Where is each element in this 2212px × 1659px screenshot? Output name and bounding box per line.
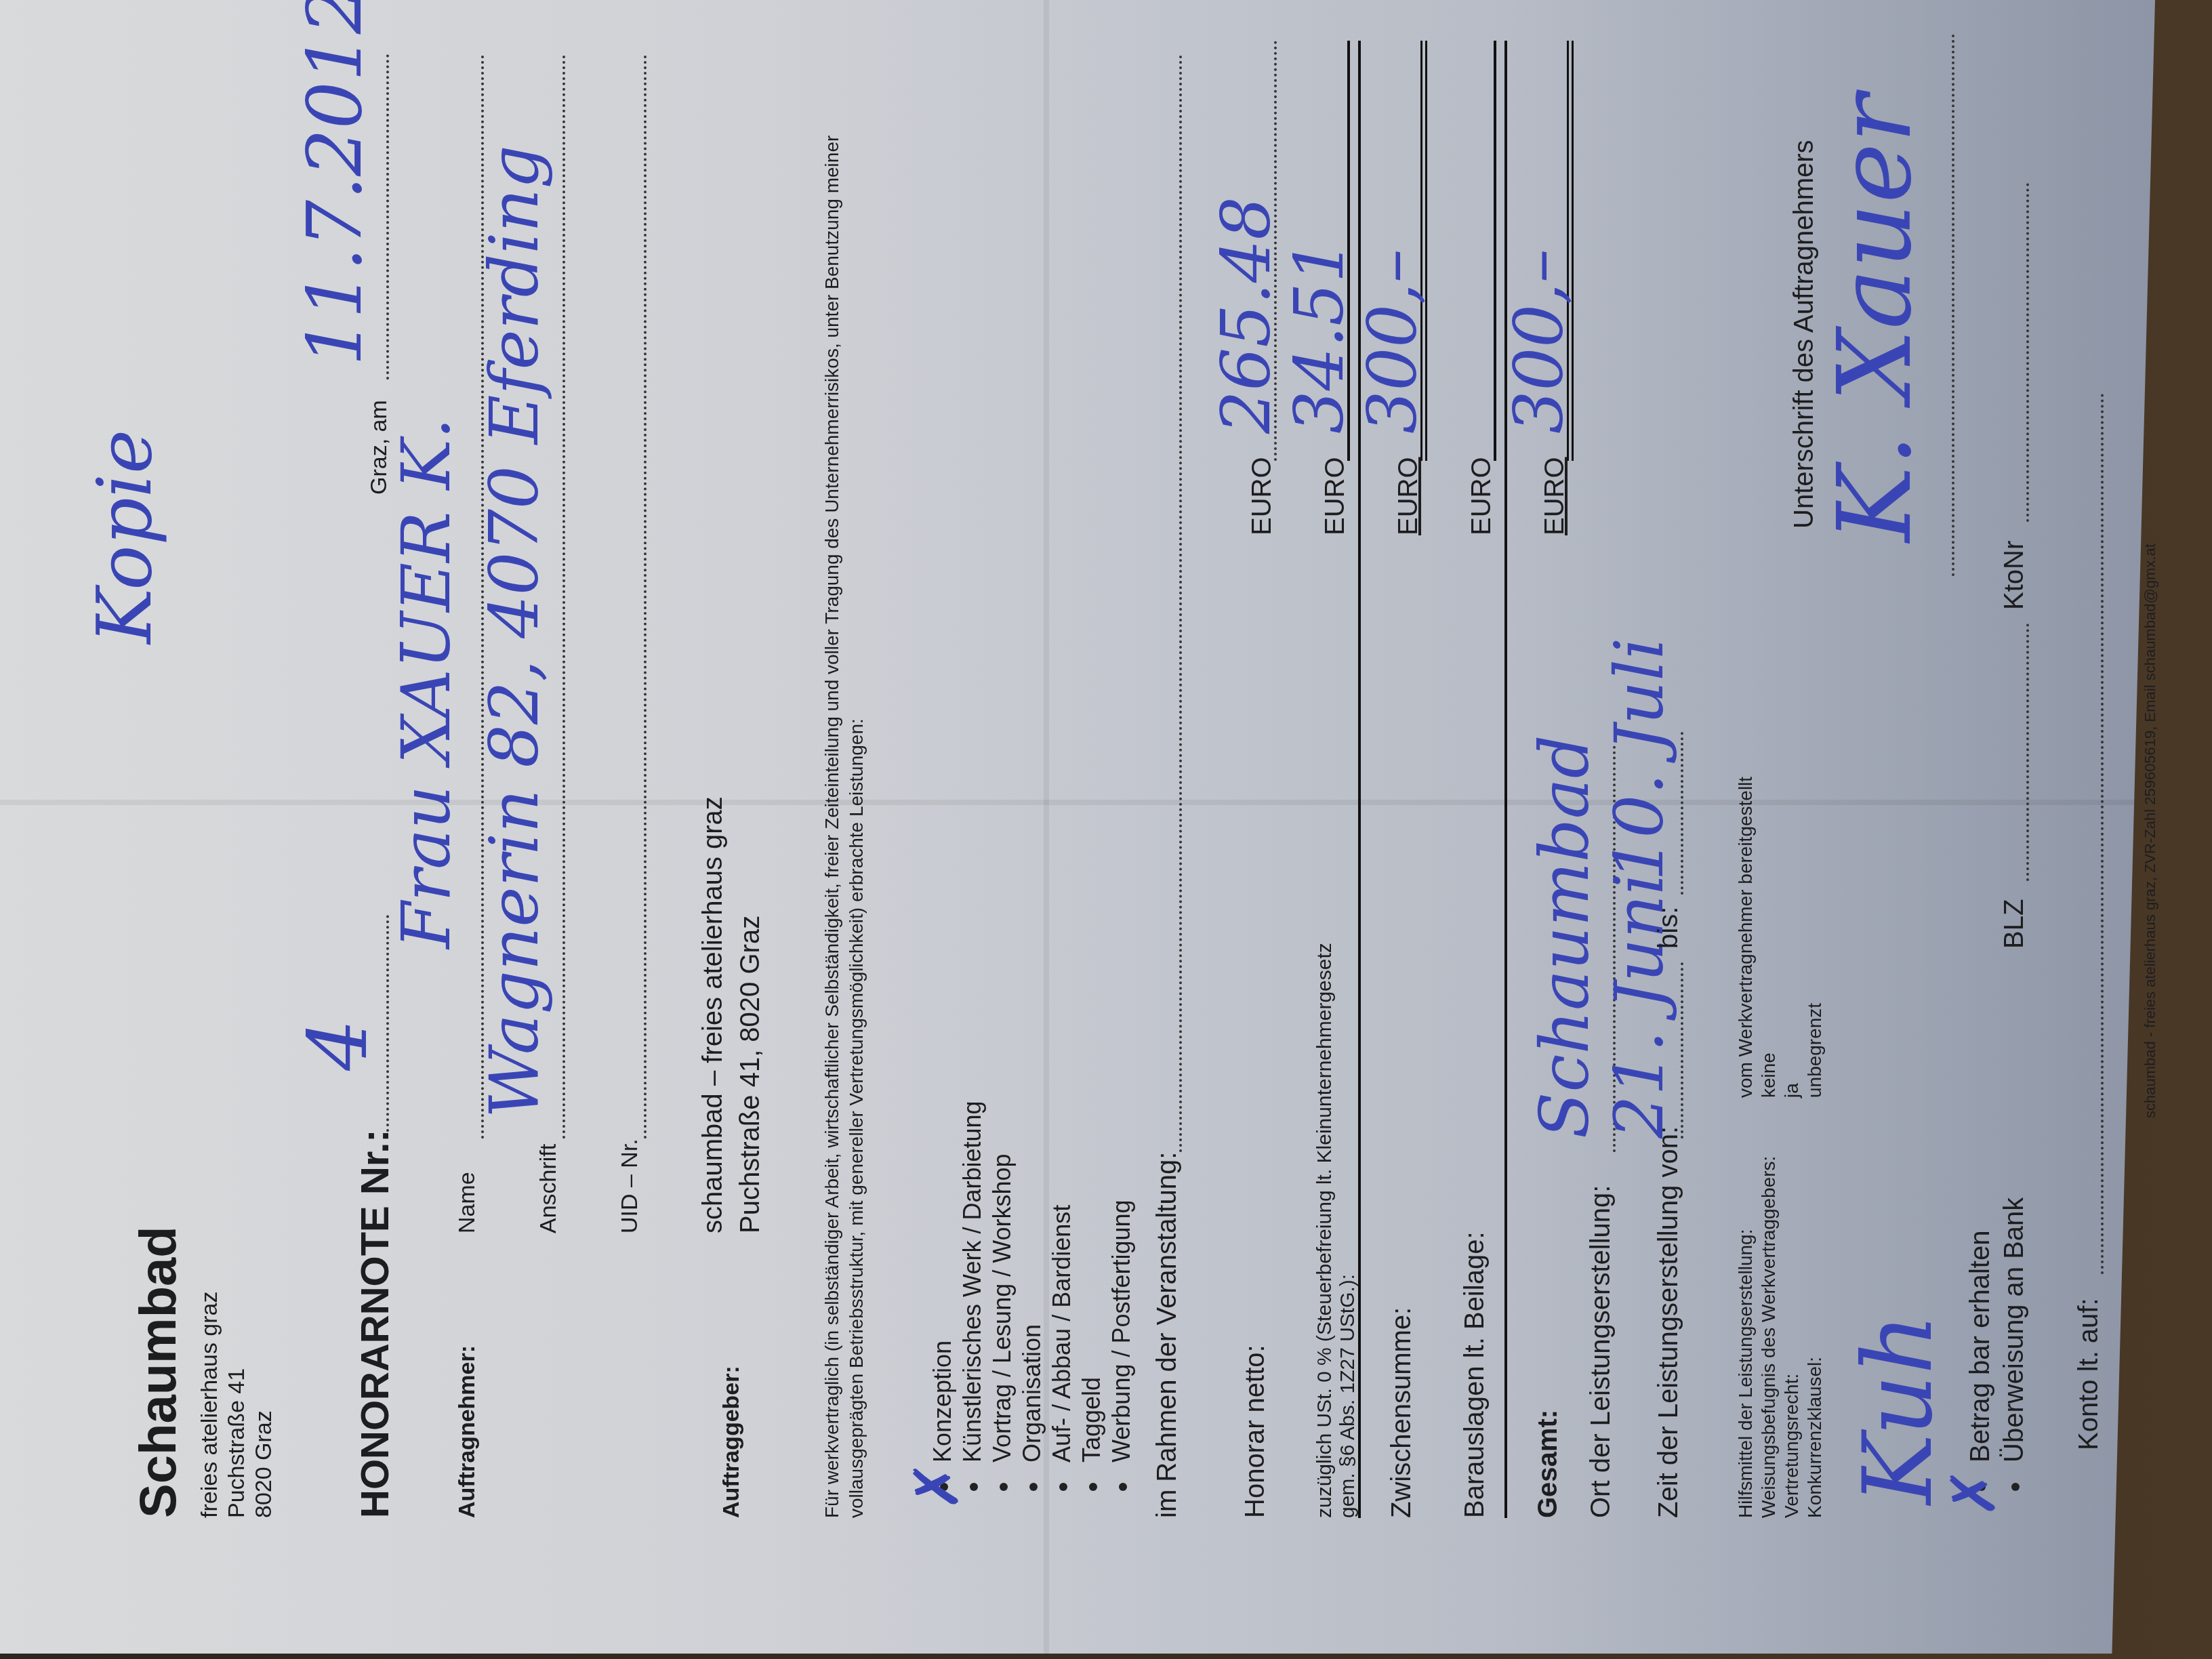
service-label: Taggeld [1078, 1377, 1105, 1462]
org-line: 8020 Graz [251, 1410, 277, 1518]
period-label: Zeit der Leistungserstellung von: [1654, 1126, 1684, 1518]
bullet-icon [1059, 1483, 1067, 1491]
blz-label: BLZ [1999, 899, 2030, 949]
term-value: ja [1781, 1083, 1803, 1098]
amount-row: Barauslagen lt. Beilage:EURO [1433, 27, 1506, 1518]
service-label: Künstlerisches Werk / Darbietung [958, 1101, 986, 1462]
service-item[interactable]: Organisation [1018, 1101, 1048, 1491]
amount-value[interactable]: 300,– [1353, 249, 1432, 434]
service-label: Auf- / Abbau / Bardienst [1048, 1205, 1076, 1462]
currency-label: EURO [1467, 457, 1497, 535]
services-list: ✗KonzeptionKünstlerisches Werk / Darbiet… [928, 1101, 1137, 1491]
amount-row: Honorar netto:EURO265.48 [1213, 27, 1286, 1518]
uid-line [644, 54, 647, 1139]
amount-label: Honorar netto: [1240, 1345, 1271, 1518]
bullet-icon [1029, 1483, 1038, 1491]
service-item[interactable]: ✗Konzeption [928, 1101, 958, 1491]
event-label: im Rahmen der Veranstaltung: [1152, 1152, 1183, 1518]
amount-label: Gesamt: [1533, 1410, 1563, 1518]
service-item[interactable]: Werbung / Postfertigung [1107, 1101, 1137, 1491]
kto-line [2026, 183, 2029, 522]
client-line: schaumbad – freies atelierhaus graz [698, 796, 729, 1233]
term-label: Konkurrenzklausel: [1804, 1139, 1826, 1518]
signature-value[interactable]: K. Xauer [1816, 94, 1934, 542]
service-label: Konzeption [928, 1340, 956, 1462]
service-item[interactable]: Auf- / Abbau / Bardienst [1048, 1101, 1078, 1491]
service-label: Vortrag / Lesung / Workshop [988, 1153, 1016, 1462]
period-to[interactable]: 10. Juli [1599, 638, 1679, 881]
name-label: Name [454, 1172, 480, 1233]
amount-value[interactable]: 34.51 [1279, 240, 1359, 434]
address-label: Anschrift [535, 1144, 562, 1233]
term-value: unbegrenzt [1804, 1003, 1826, 1098]
org-line: freies atelierhaus graz [197, 1291, 223, 1518]
payment-label: Betrag bar erhalten [1965, 1231, 1995, 1462]
payment-option[interactable]: ✗Betrag bar erhalten [1965, 1197, 1999, 1491]
payment-option[interactable]: Überweisung an Bank [1999, 1197, 2033, 1491]
signature-label: Unterschrift des Auftragnehmers [1789, 140, 1820, 529]
currency-label: EURO [1247, 457, 1277, 535]
signature-line [1952, 34, 1954, 576]
amount-value[interactable]: 265.48 [1206, 197, 1286, 434]
amount-row: zuzüglich USt. 0 % (Steuerbefreiung lt. … [1286, 27, 1359, 1518]
address-value[interactable]: Wagnerin 82, 4070 Eferding [474, 145, 554, 1118]
client-label: Auftraggeber: [718, 1366, 745, 1518]
period-to-label: bis: [1654, 907, 1684, 949]
konto-line [2101, 393, 2104, 1274]
term-value: vom Werkvertragnehmer bereitgestellt [1735, 777, 1757, 1098]
service-label: Organisation [1018, 1324, 1046, 1462]
service-item[interactable]: Vortrag / Lesung / Workshop [988, 1101, 1018, 1491]
currency-label: EURO [1320, 457, 1351, 535]
payment-options: ✗Betrag bar erhaltenÜberweisung an Bank [1965, 1197, 2033, 1491]
footer-text: schaumbad - freies atelierhaus graz, ZVR… [2142, 544, 2159, 1118]
amount-row: Zwischensumme:EURO300,– [1359, 27, 1433, 1518]
service-item[interactable]: Taggeld [1078, 1101, 1107, 1491]
currency-label: EURO [1393, 457, 1424, 535]
amount-label: zuzüglich USt. 0 % (Steuerbefreiung lt. … [1313, 908, 1359, 1518]
kto-label: KtoNr [1999, 541, 2030, 610]
bullet-icon [1119, 1483, 1127, 1491]
top-note: Kopie [81, 430, 168, 644]
amount-value[interactable]: 300,– [1499, 249, 1578, 434]
date-value[interactable]: 11.7.2012 [291, 0, 378, 366]
amounts-table: Honorar netto:EURO265.48zuzüglich USt. 0… [1213, 27, 1579, 1518]
period-to-line [1681, 732, 1683, 895]
place-label: Ort der Leistungserstellung: [1586, 1185, 1616, 1518]
bullet-icon [2011, 1483, 2020, 1491]
amount-line [1494, 41, 1496, 461]
bullet-icon [1089, 1483, 1097, 1491]
address-line [562, 54, 565, 1139]
bullet-icon [1000, 1483, 1008, 1491]
uid-label: UID – Nr. [617, 1139, 643, 1233]
term-label: Hilfsmittel der Leistungserstellung: [1735, 1139, 1757, 1518]
date-line [386, 54, 389, 380]
service-label: Werbung / Postfertigung [1107, 1200, 1135, 1462]
org-line: Puchstraße 41 [224, 1368, 250, 1518]
service-item[interactable]: Künstlerisches Werk / Darbietung [958, 1101, 988, 1491]
bullet-icon [970, 1483, 978, 1491]
initials-signature: Kuh [1843, 1313, 1954, 1504]
name-value[interactable]: Frau XAUER K. [386, 417, 466, 949]
currency-label: EURO [1540, 457, 1570, 535]
document-title: HONORARNOTE Nr.: [352, 1129, 398, 1518]
term-label: Weisungsbefugnis des Werkvertraggebers: [1758, 1139, 1780, 1518]
client-line: Puchstraße 41, 8020 Graz [735, 916, 766, 1233]
event-line [1179, 54, 1182, 1152]
konto-label: Konto lt. auf: [2074, 1298, 2104, 1450]
amount-label: Zwischensumme: [1387, 1307, 1417, 1518]
invoice-number[interactable]: 4 [291, 1019, 386, 1071]
declaration-text: Für werkvertraglich (in selbständiger Ar… [820, 61, 869, 1518]
period-from-line [1681, 962, 1683, 1139]
term-value: keine [1758, 1052, 1780, 1098]
amount-label: Barauslagen lt. Beilage: [1460, 1232, 1490, 1519]
contractor-label: Auftragnehmer: [454, 1345, 480, 1518]
honorarnote-form: Schaumbad freies atelierhaus graz Puchst… [68, 0, 2169, 1559]
org-name: Schaumbad [129, 1226, 188, 1518]
payment-label: Überweisung an Bank [1999, 1197, 2029, 1462]
blz-line [2026, 623, 2029, 881]
place-value[interactable]: Schaumbad [1525, 735, 1604, 1139]
term-label: Vertretungsrecht: [1781, 1139, 1803, 1518]
